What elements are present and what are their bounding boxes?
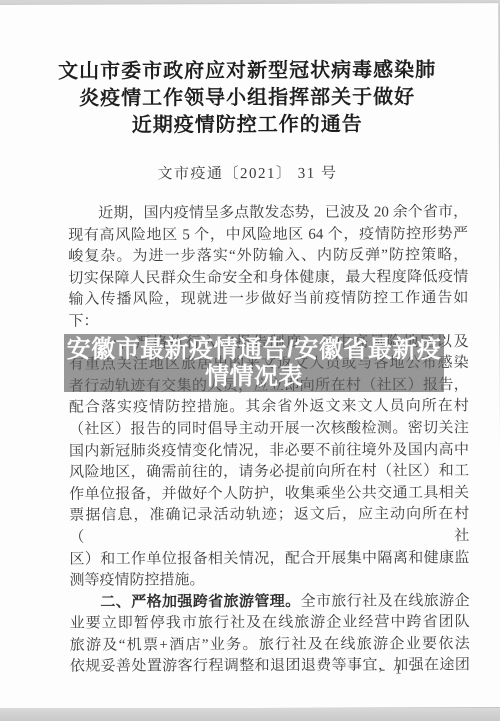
body-line: 下： bbox=[68, 310, 468, 333]
photo-bottom-edge bbox=[0, 708, 500, 721]
body-line: 近期，国内疫情呈多点散发态势，已波及 20 余个省市， bbox=[68, 202, 468, 225]
body-line: 输入传播风险，现就进一步做好当前疫情防控工作通告如 bbox=[68, 289, 468, 312]
document-number: 文市疫通〔2021〕 31 号 bbox=[0, 161, 499, 184]
body-line: （社区）报告的同时倡导主动开展一次核酸检测。密切关注 bbox=[69, 418, 469, 441]
caption-overlay: 安徽市最新疫情通告/安徽省最新疫 情情况表 bbox=[64, 334, 444, 392]
caption-overlay-line: 情情况表 bbox=[64, 363, 444, 391]
document-body: 近期，国内疫情呈多点散发态势，已波及 20 余个省市，现有高风险地区 5 个，中… bbox=[68, 202, 470, 679]
body-line: 测等疫情防控措施。 bbox=[69, 569, 469, 592]
body-line: 票据信息，准确记录活动轨迹；返文后，应主动向所在村（社 bbox=[69, 505, 469, 550]
document-title: 文山市委市政府应对新型冠状病毒感染肺 炎疫情工作领导小组指挥部关于做好 近期疫情… bbox=[0, 57, 499, 140]
document-title-line: 炎疫情工作领导小组指挥部关于做好 bbox=[0, 84, 499, 113]
body-line: 切实保障人民群众生命安全和身体健康，最大程度降低疫情 bbox=[68, 267, 468, 290]
body-line: 风险地区，确需前往的，请务必提前向所在村（社区）和工 bbox=[69, 461, 469, 484]
document-title-line: 近期疫情防控工作的通告 bbox=[0, 111, 499, 140]
body-line: 作单位报备，并做好个人防护，收集乘坐公共交通工具相关 bbox=[69, 483, 469, 506]
body-line: 现有高风险地区 5 个，中风险地区 64 个，疫情防控形势严 bbox=[68, 224, 468, 247]
body-line: 配合落实疫情防控措施。其余省外返文来文人员向所在村 bbox=[69, 397, 469, 420]
body-line: 国内新冠肺炎疫情变化情况，非必要不前往境外及国内高中 bbox=[69, 440, 469, 463]
caption-overlay-line: 安徽市最新疫情通告/安徽省最新疫 bbox=[64, 336, 444, 364]
body-line: 旅游及“机票+酒店”业务。旅行社及在线旅游企业要依法 bbox=[70, 634, 470, 657]
body-line: 二、严格加强跨省旅游管理。全市旅行社及在线旅游企 bbox=[70, 591, 470, 614]
document-title-line: 文山市委市政府应对新型冠状病毒感染肺 bbox=[0, 57, 499, 86]
body-line: 峻复杂。为进一步落实“外防输入、内防反弹”防控策略， bbox=[68, 245, 468, 268]
body-line: 业要立即暂停我市旅行社及在线旅游企业经营中跨省团队 bbox=[70, 612, 470, 635]
screenshot-canvas: 文山市委市政府应对新型冠状病毒感染肺 炎疫情工作领导小组指挥部关于做好 近期疫情… bbox=[0, 0, 500, 721]
body-line: 区）和工作单位报备相关情况，配合开展集中隔离和健康监 bbox=[69, 548, 469, 571]
page-number: - 1 - bbox=[380, 662, 418, 678]
